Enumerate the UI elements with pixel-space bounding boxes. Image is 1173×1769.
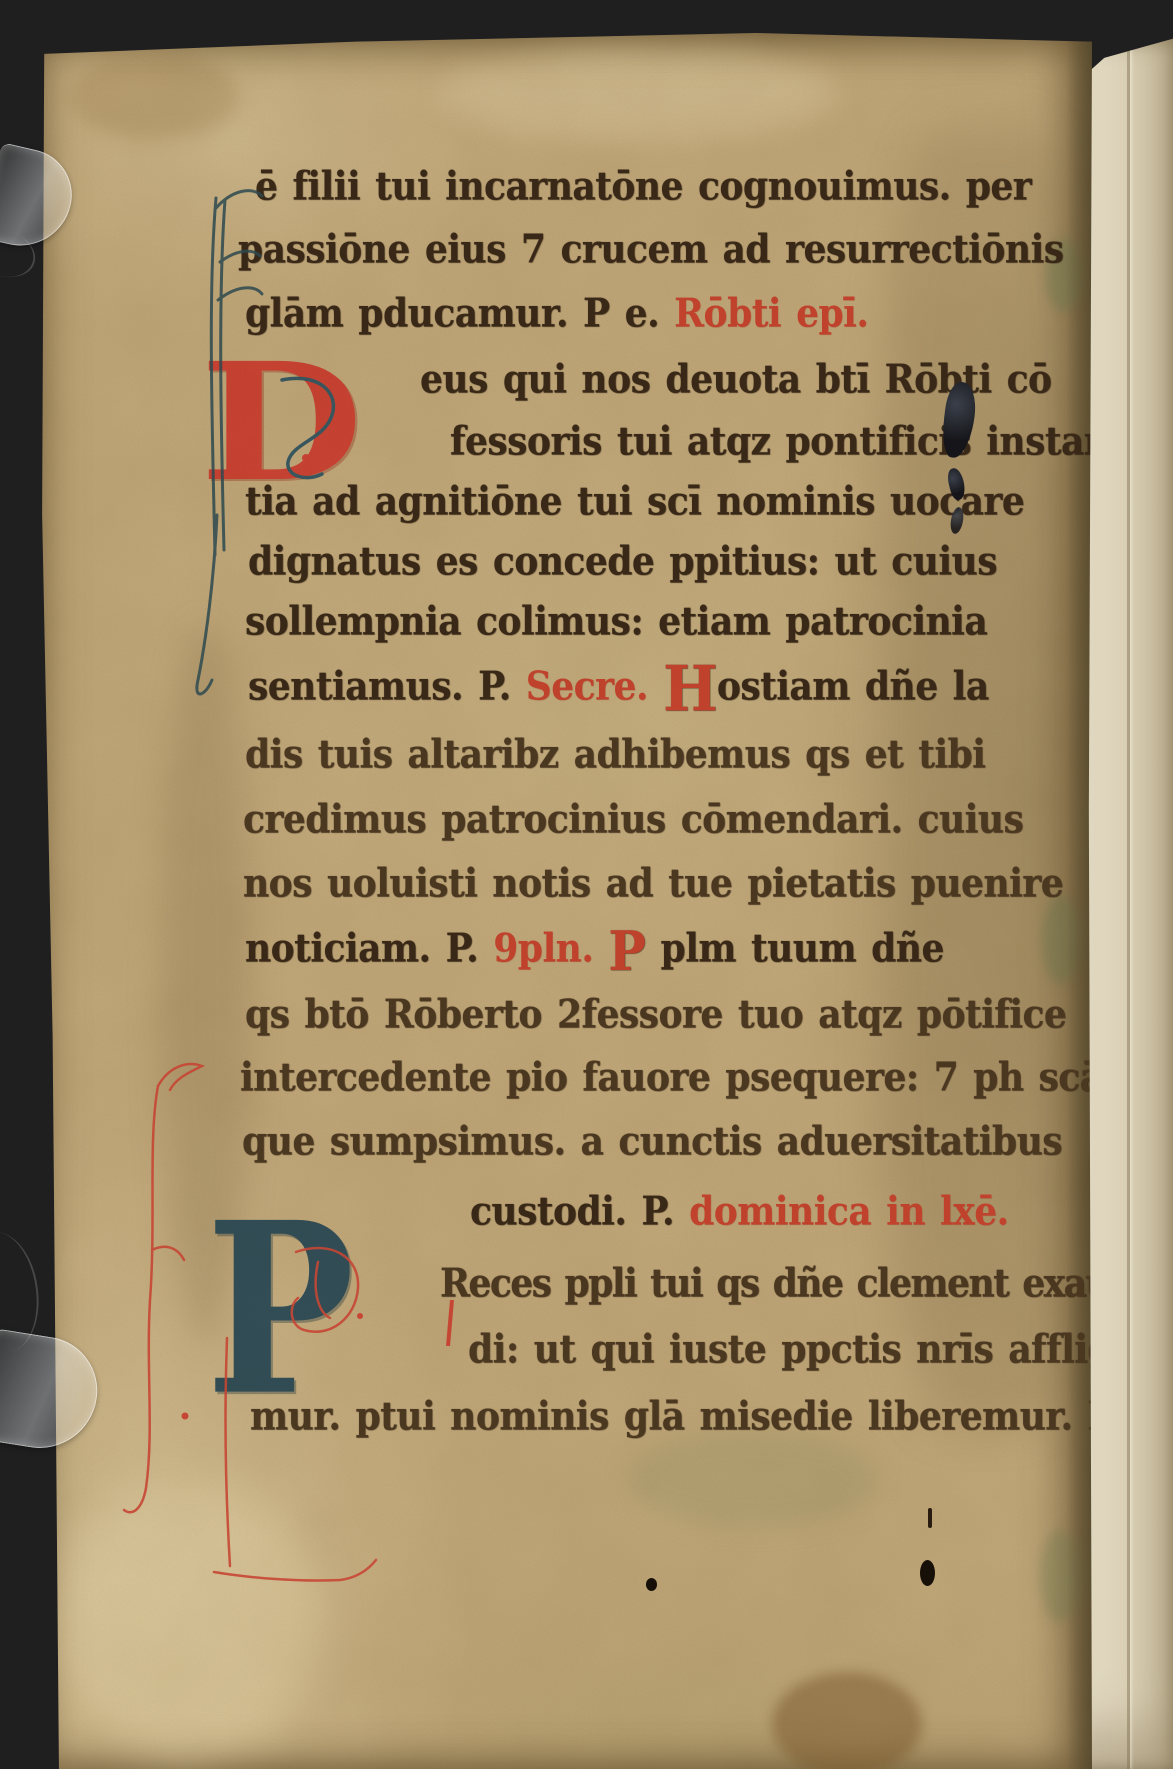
text-line: credimus patrocinius cōmendari. cuius xyxy=(243,798,1023,841)
line-text: mur. ptui nominis glā misedie liberemur.… xyxy=(250,1394,1092,1439)
text-line: intercedente pio fauore psequere: 7 ph s… xyxy=(240,1056,1092,1099)
text-line: que sumpsimus. a cunctis aduersitatibus xyxy=(242,1120,1062,1163)
rubric: Secre. xyxy=(526,664,663,709)
line-text: ostiam dñe la xyxy=(717,664,989,709)
line-text: custodi. P. xyxy=(470,1189,689,1234)
line-text: sentiamus. P. xyxy=(248,664,526,709)
ink-dot xyxy=(646,1578,657,1591)
line-text: fessoris tui atqz pontificis instan xyxy=(450,419,1092,464)
line-text: Reces ppli tui qs dñe clement exau xyxy=(440,1261,1092,1306)
text-line: dis tuis altaribz adhibemus qs et tibi xyxy=(245,733,985,776)
line-text: glām pducamur. P e. xyxy=(245,291,674,336)
stain-green xyxy=(1042,896,1080,984)
line-text: qs btō Rōberto 2fessore tuo atqz pōtific… xyxy=(245,992,1066,1037)
line-text: credimus patrocinius cōmendari. cuius xyxy=(243,797,1023,842)
text-line: tia ad agnitiōne tui scī nominis uocare xyxy=(245,480,1024,523)
text-line: ē filii tui incarnatōne cognouimus. per xyxy=(255,165,1031,208)
ink-dot xyxy=(920,1560,935,1586)
parchment-leaf: D P ē filii tui incarnatōne cognouimus. … xyxy=(40,26,1092,1769)
page-crease-line xyxy=(1127,30,1130,1769)
stain-brown xyxy=(772,1672,922,1769)
stain xyxy=(70,54,240,139)
manuscript-photo: { "colors":{ "background":"#1f1f1f", "pa… xyxy=(0,0,1173,1769)
line-text: di: ut qui iuste ppctis nrīs affligi xyxy=(468,1327,1092,1372)
line-text: passiōne eius 7 crucem ad resurrectiōnis xyxy=(238,227,1064,272)
line-text: plm tuum dñe xyxy=(646,926,944,971)
line-text: tia ad agnitiōne tui scī nominis uocare xyxy=(245,479,1024,524)
rubric: 9pln. xyxy=(493,926,608,971)
line-text: intercedente pio fauore psequere: 7 ph s… xyxy=(240,1055,1092,1100)
line-text: nos uoluisti notis ad tue pietatis pueni… xyxy=(243,861,1063,906)
line-text: dignatus es concede ppitius: ut cuius xyxy=(248,539,997,584)
line-text: ē filii tui incarnatōne cognouimus. per xyxy=(255,164,1031,209)
rubric: Rōbti epī. xyxy=(674,291,868,336)
text-line: custodi. P. dominica in lxē. xyxy=(470,1190,1009,1233)
decorated-initial-P: P xyxy=(206,1192,355,1428)
text-line: sentiamus. P. Secre. Hostiam dñe la xyxy=(248,665,989,710)
text-line: nos uoluisti notis ad tue pietatis pueni… xyxy=(243,862,1063,905)
text-line: dignatus es concede ppitius: ut cuius xyxy=(248,540,997,583)
ink-mark xyxy=(928,1508,932,1528)
red-initial-H: H xyxy=(663,652,717,725)
red-initial-P: P xyxy=(608,919,645,983)
text-line: glām pducamur. P e. Rōbti epī. xyxy=(245,292,868,335)
text-line: di: ut qui iuste ppctis nrīs affligi xyxy=(468,1328,1092,1371)
text-line: qs btō Rōberto 2fessore tuo atqz pōtific… xyxy=(245,993,1066,1036)
text-line: noticiam. P. 9pln. P plm tuum dñe xyxy=(245,927,944,973)
stain-green xyxy=(1040,1530,1080,1622)
text-line: Reces ppli tui qs dñe clement exau xyxy=(440,1262,1092,1305)
stain xyxy=(440,46,840,141)
line-text: sollempnia colimus: etiam patrocinia xyxy=(245,599,987,644)
rubric: dominica in lxē. xyxy=(689,1189,1009,1234)
line-text: noticiam. P. xyxy=(245,926,493,971)
text-line: mur. ptui nominis glā misedie liberemur.… xyxy=(250,1395,1092,1438)
text-line: fessoris tui atqz pontificis instan xyxy=(450,420,1092,463)
line-text: dis tuis altaribz adhibemus qs et tibi xyxy=(245,732,985,777)
stain-green xyxy=(628,1432,878,1527)
line-text: que sumpsimus. a cunctis aduersitatibus xyxy=(242,1119,1062,1164)
text-line: sollempnia colimus: etiam patrocinia xyxy=(245,600,987,643)
text-line: passiōne eius 7 crucem ad resurrectiōnis xyxy=(238,228,1064,271)
stain xyxy=(55,1480,325,1760)
